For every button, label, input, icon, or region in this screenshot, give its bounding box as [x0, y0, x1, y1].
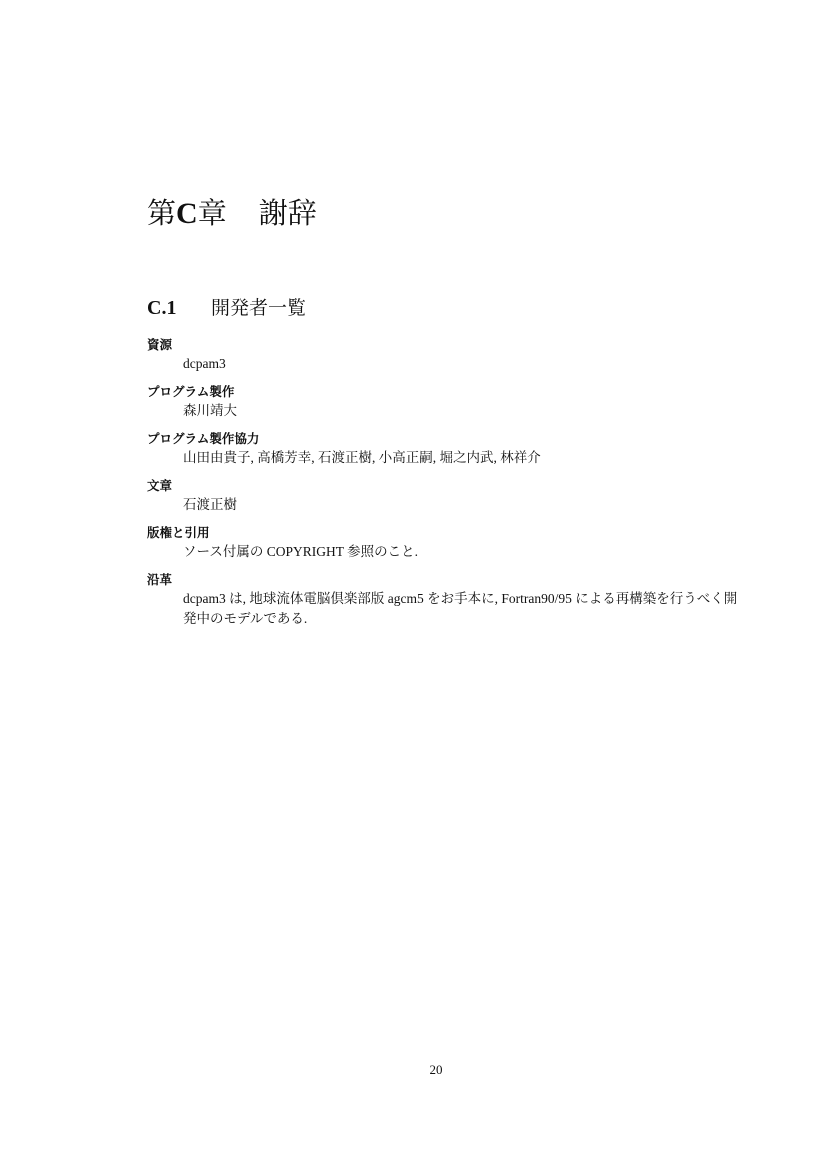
entry-description: 山田由貴子, 高橋芳幸, 石渡正樹, 小高正嗣, 堀之内武, 林祥介 — [147, 448, 747, 468]
entry-description: ソース付属の COPYRIGHT 参照のこと. — [147, 542, 747, 562]
entry-term: プログラム製作 — [147, 383, 747, 401]
entry-term: 版権と引用 — [147, 524, 747, 542]
entry-term: 文章 — [147, 477, 747, 495]
chapter-title: 第C章謝辞 — [147, 193, 317, 234]
list-item: 資源 dcpam3 — [147, 336, 747, 374]
entry-term: 沿革 — [147, 571, 747, 589]
entry-description: dcpam3 — [147, 354, 747, 374]
description-list: 資源 dcpam3 プログラム製作 森川靖大 プログラム製作協力 山田由貴子, … — [147, 336, 747, 638]
list-item: 沿革 dcpam3 は, 地球流体電脳倶楽部版 agcm5 をお手本に, For… — [147, 571, 747, 629]
chapter-prefix: 第 — [147, 196, 176, 230]
chapter-name: 謝辞 — [259, 196, 317, 230]
entry-description: 石渡正樹 — [147, 495, 747, 515]
section-name: 開発者一覧 — [211, 297, 306, 319]
section-heading: C.1開発者一覧 — [147, 293, 306, 322]
chapter-number: C — [176, 197, 198, 230]
section-number: C.1 — [147, 294, 211, 322]
list-item: 版権と引用 ソース付属の COPYRIGHT 参照のこと. — [147, 524, 747, 562]
list-item: 文章 石渡正樹 — [147, 477, 747, 515]
page-number: 20 — [0, 1062, 826, 1078]
entry-term: 資源 — [147, 336, 747, 354]
list-item: プログラム製作 森川靖大 — [147, 383, 747, 421]
chapter-suffix: 章 — [198, 196, 227, 230]
list-item: プログラム製作協力 山田由貴子, 高橋芳幸, 石渡正樹, 小高正嗣, 堀之内武,… — [147, 430, 747, 468]
entry-term: プログラム製作協力 — [147, 430, 747, 448]
entry-description: 森川靖大 — [147, 401, 747, 421]
entry-description: dcpam3 は, 地球流体電脳倶楽部版 agcm5 をお手本に, Fortra… — [147, 589, 747, 629]
